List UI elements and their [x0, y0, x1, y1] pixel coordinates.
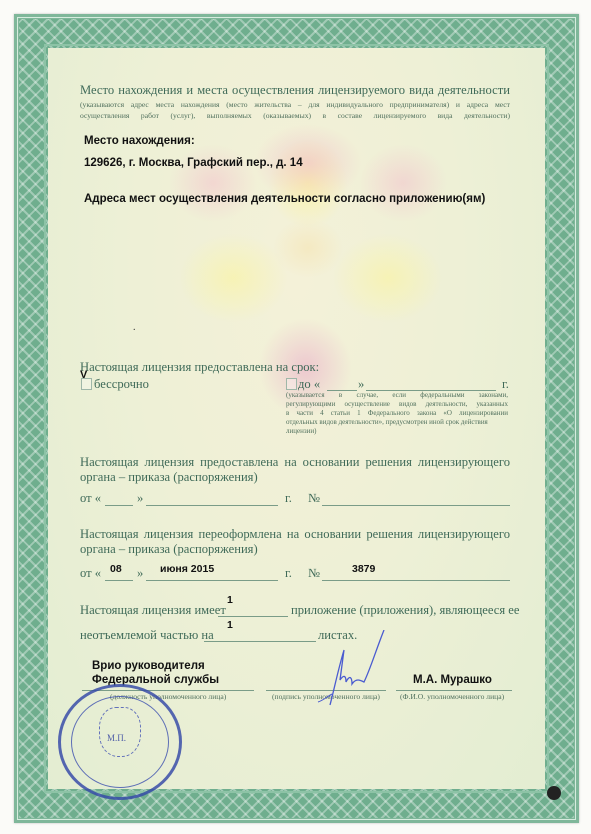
location-note-line1: (указываются адрес места нахождения (мес…	[80, 100, 510, 109]
security-rosette-watermark	[158, 138, 458, 398]
until-note-line1: (указывается в случае, если федеральными…	[286, 391, 508, 399]
name-caption: (Ф.И.О. уполномоченного лица)	[400, 692, 504, 701]
stray-dot: .	[133, 322, 136, 333]
checkmark-v: V	[80, 369, 87, 381]
reissue-from-label: от «	[80, 566, 101, 581]
until-label: до «	[298, 377, 320, 392]
until-checkbox[interactable]	[286, 378, 297, 390]
grant-day-line[interactable]	[105, 505, 133, 506]
grant-basis-line2: органа – приказа (распоряжения)	[80, 470, 258, 485]
reissue-quote-close: »	[137, 566, 143, 581]
until-year-suffix: г.	[502, 377, 509, 392]
location-heading: Место нахождения и места осуществления л…	[80, 83, 510, 98]
sheet-count-line[interactable]	[204, 641, 316, 642]
reissue-number-value: 3879	[352, 563, 375, 575]
until-note-line2: регулирующими осуществление видов деятел…	[286, 400, 508, 408]
reissue-day-line[interactable]	[105, 580, 133, 581]
coat-of-arms-eagle-icon	[99, 707, 141, 757]
grant-year-suffix: г.	[285, 491, 292, 506]
activity-addresses-note: Адреса мест осуществления деятельности с…	[84, 193, 485, 205]
appendix-count-line[interactable]	[218, 616, 288, 617]
official-title-line1: Врио руководителя	[92, 660, 205, 672]
appendix-line1-suffix: приложение (приложения), являющееся ее	[291, 603, 519, 618]
term-heading: Настоящая лицензия предоставлена на срок…	[80, 360, 319, 375]
grant-number-line[interactable]	[322, 505, 510, 506]
appendix-line2-prefix: неотъемлемой частью на	[80, 628, 214, 643]
grant-from-label: от «	[80, 491, 101, 506]
location-label: Место нахождения:	[84, 135, 195, 147]
until-quote-close: »	[358, 377, 364, 392]
until-note-line5: лицензии)	[286, 427, 316, 435]
grant-number-label: №	[308, 491, 320, 506]
appendix-count-value: 1	[227, 594, 233, 606]
stamp-mp-label: М.П.	[107, 733, 126, 743]
unlimited-label: бессрочно	[94, 377, 149, 392]
appendix-line1-prefix: Настоящая лицензия имеет	[80, 603, 226, 618]
reissue-day-value: 08	[110, 563, 122, 575]
reissue-date-line[interactable]	[146, 580, 278, 581]
grant-quote-close: »	[137, 491, 143, 506]
official-name: М.А. Мурашко	[413, 674, 492, 686]
reissue-month-year-value: июня 2015	[160, 563, 214, 575]
handwritten-signature	[310, 630, 390, 710]
official-seal-stamp: М.П.	[58, 684, 182, 800]
until-note-line3: в части 4 статьи 1 Федерального закона «…	[286, 409, 508, 417]
name-line	[396, 690, 512, 691]
reissue-number-line[interactable]	[322, 580, 510, 581]
reissue-year-suffix: г.	[285, 566, 292, 581]
reissue-basis-line2: органа – приказа (распоряжения)	[80, 542, 258, 557]
reissue-basis-line1: Настоящая лицензия переоформлена на осно…	[80, 527, 510, 542]
sheet-count-value: 1	[227, 619, 233, 631]
grant-basis-line1: Настоящая лицензия предоставлена на осно…	[80, 455, 510, 470]
until-note-line4: отдельных видов деятельности», предусмот…	[286, 418, 508, 426]
reissue-number-label: №	[308, 566, 320, 581]
punch-hole	[547, 786, 561, 800]
location-note-line2: осуществления работ (услуг), выполняемых…	[80, 111, 510, 120]
grant-date-line[interactable]	[146, 505, 278, 506]
location-address: 129626, г. Москва, Графский пер., д. 14	[84, 157, 303, 169]
